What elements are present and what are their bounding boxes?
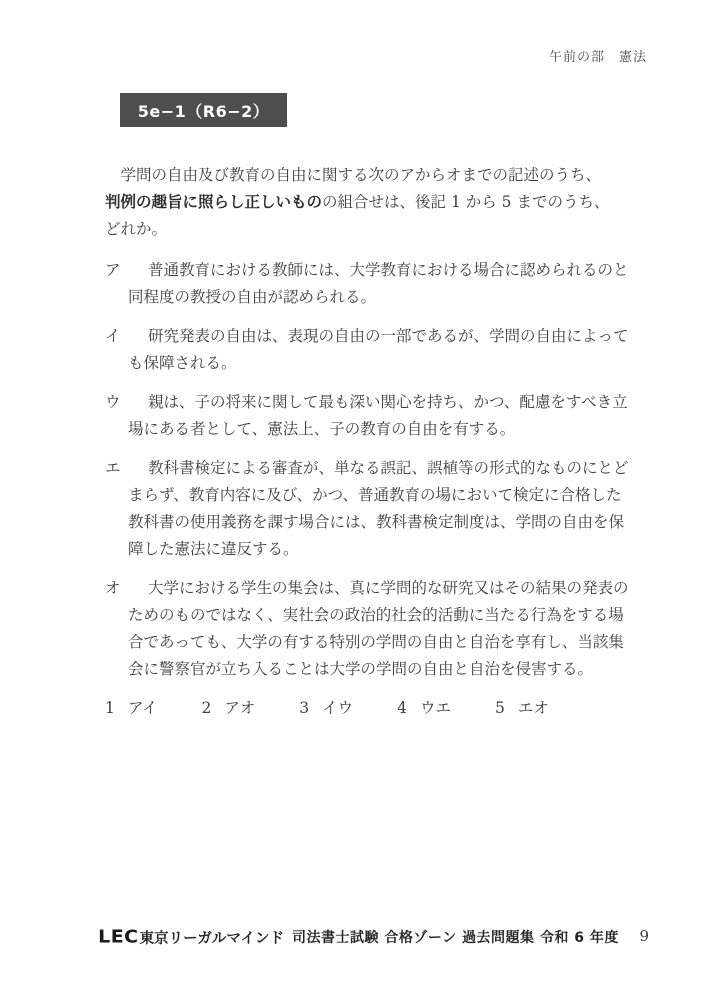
choice-pair: アイ [128,699,158,717]
statement-item-a: ア 普通教育における教師には、大学教育における場合に認められるのと 同程度の教授… [105,257,632,311]
item-label: エ [105,455,121,482]
answer-choice-4: 4ウエ [397,695,451,722]
answer-choices-row: 1アイ 2アオ 3イウ 4ウエ 5エオ [105,695,632,722]
page-number: 9 [639,927,649,945]
item-label: オ [105,575,121,602]
question-content: 学問の自由及び教育の自由に関する次のアからオまでの記述のうち、 判例の趣旨に照ら… [105,162,632,722]
book-page: 午前の部 憲法 5e−1（R6−2） 学問の自由及び教育の自由に関する次のアから… [0,0,707,1000]
choice-number: 3 [299,699,309,717]
choice-number: 2 [201,699,211,717]
item-label: ウ [105,389,121,416]
footer-brand: 東京リーガルマインド [140,927,284,948]
choice-pair: ウエ [420,699,451,717]
choice-pair: アオ [224,699,255,717]
footer-imprint: LEC 東京リーガルマインド 司法書士試験 合格ゾーン 過去問題集 令和 6 年… [0,926,707,948]
choice-pair: イウ [322,699,353,717]
statement-item-u: ウ 親は、子の将来に関して最も深い関心を持ち、かつ、配慮をすべき立 場にある者と… [105,389,632,443]
question-statement: 学問の自由及び教育の自由に関する次のアからオまでの記述のうち、 判例の趣旨に照ら… [105,162,632,243]
footer-book-title: 司法書士試験 合格ゾーン 過去問題集 令和 6 年度 [292,927,619,947]
question-line-1: 学問の自由及び教育の自由に関する次のアからオまでの記述のうち、 [105,162,632,189]
item-text: 教科書検定による審査が、単なる誤記、誤植等の形式的なものにとど まらず、教育内容… [128,455,632,563]
item-label: イ [105,323,121,350]
statement-item-o: オ 大学における学生の集会は、真に学問的な研究又はその結果の発表の ためのもので… [105,575,632,683]
choice-number: 1 [105,699,115,717]
answer-choice-5: 5エオ [495,695,549,722]
question-line-2: 判例の趣旨に照らし正しいものの組合せは、後記 1 から 5 までのうち、 [105,189,632,216]
question-text: 学問の自由及び教育の自由に関する次のアからオまでの記述のうち、 [105,166,601,184]
question-text: どれか。 [105,220,167,238]
answer-choice-2: 2アオ [201,695,255,722]
item-text: 親は、子の将来に関して最も深い関心を持ち、かつ、配慮をすべき立 場にある者として… [128,389,632,443]
lec-logo: LEC [98,927,139,947]
item-text: 大学における学生の集会は、真に学問的な研究又はその結果の発表の ためのものではな… [128,575,632,683]
answer-choice-3: 3イウ [299,695,353,722]
running-header-section-label: 午前の部 憲法 [549,46,647,65]
item-label: ア [105,257,121,284]
choice-number: 4 [397,699,407,717]
question-text: の組合せは、後記 1 から 5 までのうち、 [322,193,609,211]
statement-item-i: イ 研究発表の自由は、表現の自由の一部であるが、学問の自由によって も保障される… [105,323,632,377]
page-footer: LEC 東京リーガルマインド 司法書士試験 合格ゾーン 過去問題集 令和 6 年… [0,926,707,956]
item-text: 研究発表の自由は、表現の自由の一部であるが、学問の自由によって も保障される。 [128,323,632,377]
answer-choice-1: 1アイ [105,695,157,722]
question-number-badge: 5e−1（R6−2） [120,93,287,127]
item-text: 普通教育における教師には、大学教育における場合に認められるのと 同程度の教授の自… [128,257,632,311]
statement-item-e: エ 教科書検定による審査が、単なる誤記、誤植等の形式的なものにとど まらず、教育… [105,455,632,563]
choice-pair: エオ [518,699,549,717]
question-bold-text: 判例の趣旨に照らし正しいもの [105,193,322,211]
question-line-3: どれか。 [105,216,632,243]
choice-number: 5 [495,699,505,717]
